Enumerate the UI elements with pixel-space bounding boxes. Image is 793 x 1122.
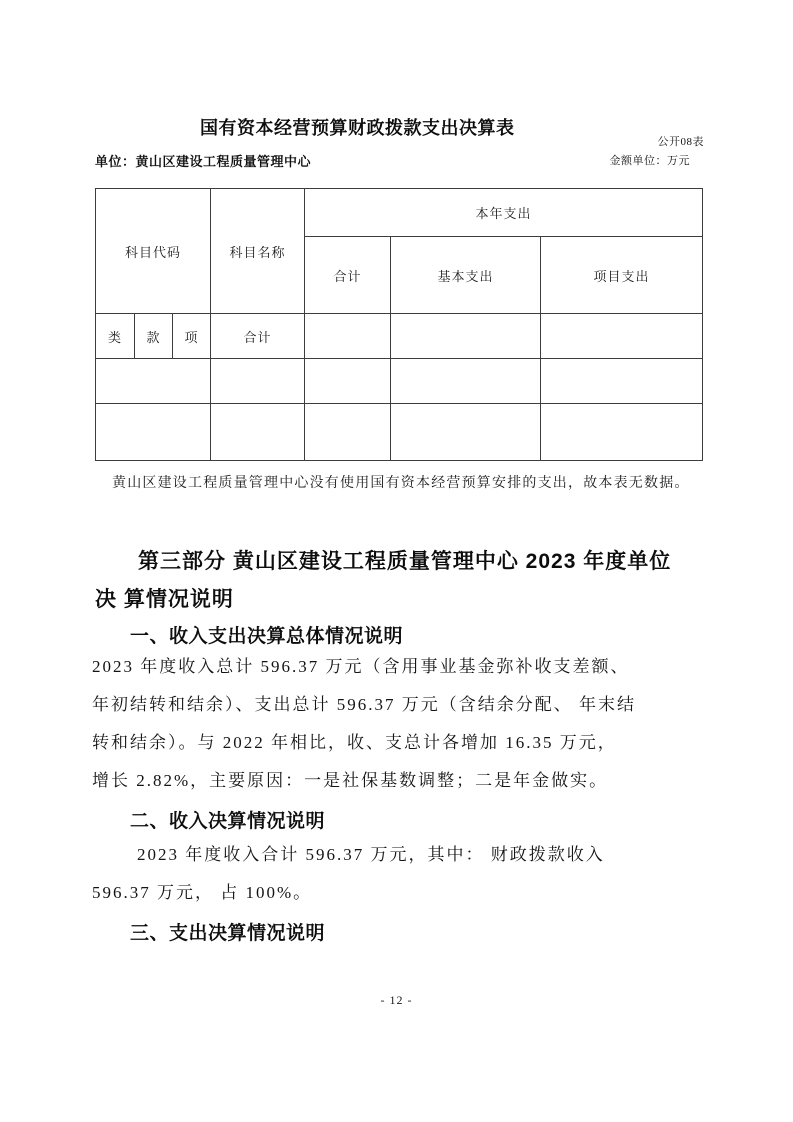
table-row — [96, 404, 703, 461]
row-code-cell — [96, 404, 211, 461]
row-basic-cell — [391, 404, 541, 461]
expenditure-table: 科目代码 科目名称 本年支出 合计 基本支出 项目支出 类 款 项 合计 — [95, 188, 703, 461]
subheader-fund: 款 — [135, 314, 173, 359]
row-name-cell — [211, 359, 305, 404]
total-row-total-cell — [305, 314, 391, 359]
row-project-cell — [541, 359, 703, 404]
section1-heading: 一、收入支出决算总体情况说明 — [130, 621, 403, 648]
paragraph-line: 596.37 万元， 占 100%。 — [92, 874, 720, 912]
total-row-basic-cell — [391, 314, 541, 359]
subheader-total-label: 合计 — [211, 314, 305, 359]
section2-heading: 二、收入决算情况说明 — [130, 806, 325, 833]
paragraph-line: 增长 2.82%，主要原因：一是社保基数调整；二是年金做实。 — [92, 762, 720, 800]
part3-heading-line1: 第三部分 黄山区建设工程质量管理中心 2023 年度单位 — [138, 545, 671, 575]
header-current-year-expenditure: 本年支出 — [305, 189, 703, 237]
row-total-cell — [305, 404, 391, 461]
section3-heading: 三、支出决算情况说明 — [130, 918, 325, 945]
section2-paragraph: 2023 年度收入合计 596.37 万元，其中： 财政拨款收入 596.37 … — [92, 836, 720, 912]
row-code-cell — [96, 359, 211, 404]
table-code-label: 公开08表 — [658, 133, 705, 149]
table-note: 黄山区建设工程质量管理中心没有使用国有资本经营预算安排的支出，故本表无数据。 — [112, 472, 690, 492]
paragraph-line: 2023 年度收入合计 596.37 万元，其中： 财政拨款收入 — [92, 836, 720, 874]
page-title: 国有资本经营预算财政拨款支出决算表 — [200, 114, 515, 140]
document-page: 国有资本经营预算财政拨款支出决算表 公开08表 单位：黄山区建设工程质量管理中心… — [0, 0, 793, 1122]
header-basic-expenditure: 基本支出 — [391, 237, 541, 314]
subheader-category: 类 — [96, 314, 135, 359]
page-number: - 12 - — [0, 993, 793, 1008]
total-row-project-cell — [541, 314, 703, 359]
subheader-item: 项 — [173, 314, 211, 359]
section1-paragraph: 2023 年度收入总计 596.37 万元（含用事业基金弥补收支差额、 年初结转… — [92, 648, 720, 800]
row-basic-cell — [391, 359, 541, 404]
part3-heading-line2: 决 算情况说明 — [95, 583, 234, 613]
header-subject-name: 科目名称 — [211, 189, 305, 314]
unit-label: 单位：黄山区建设工程质量管理中心 — [95, 151, 311, 170]
paragraph-line: 转和结余）。与 2022 年相比，收、支总计各增加 16.35 万元， — [92, 724, 720, 762]
row-total-cell — [305, 359, 391, 404]
header-total: 合计 — [305, 237, 391, 314]
row-project-cell — [541, 404, 703, 461]
row-name-cell — [211, 404, 305, 461]
table-subheader-row: 类 款 项 合计 — [96, 314, 703, 359]
table-row — [96, 359, 703, 404]
header-subject-code: 科目代码 — [96, 189, 211, 314]
paragraph-line: 2023 年度收入总计 596.37 万元（含用事业基金弥补收支差额、 — [92, 648, 720, 686]
header-project-expenditure: 项目支出 — [541, 237, 703, 314]
table-header-row-1: 科目代码 科目名称 本年支出 — [96, 189, 703, 237]
amount-unit-label: 金额单位：万元 — [610, 152, 691, 168]
paragraph-line: 年初结转和结余）、支出总计 596.37 万元（含结余分配、 年末结 — [92, 686, 720, 724]
